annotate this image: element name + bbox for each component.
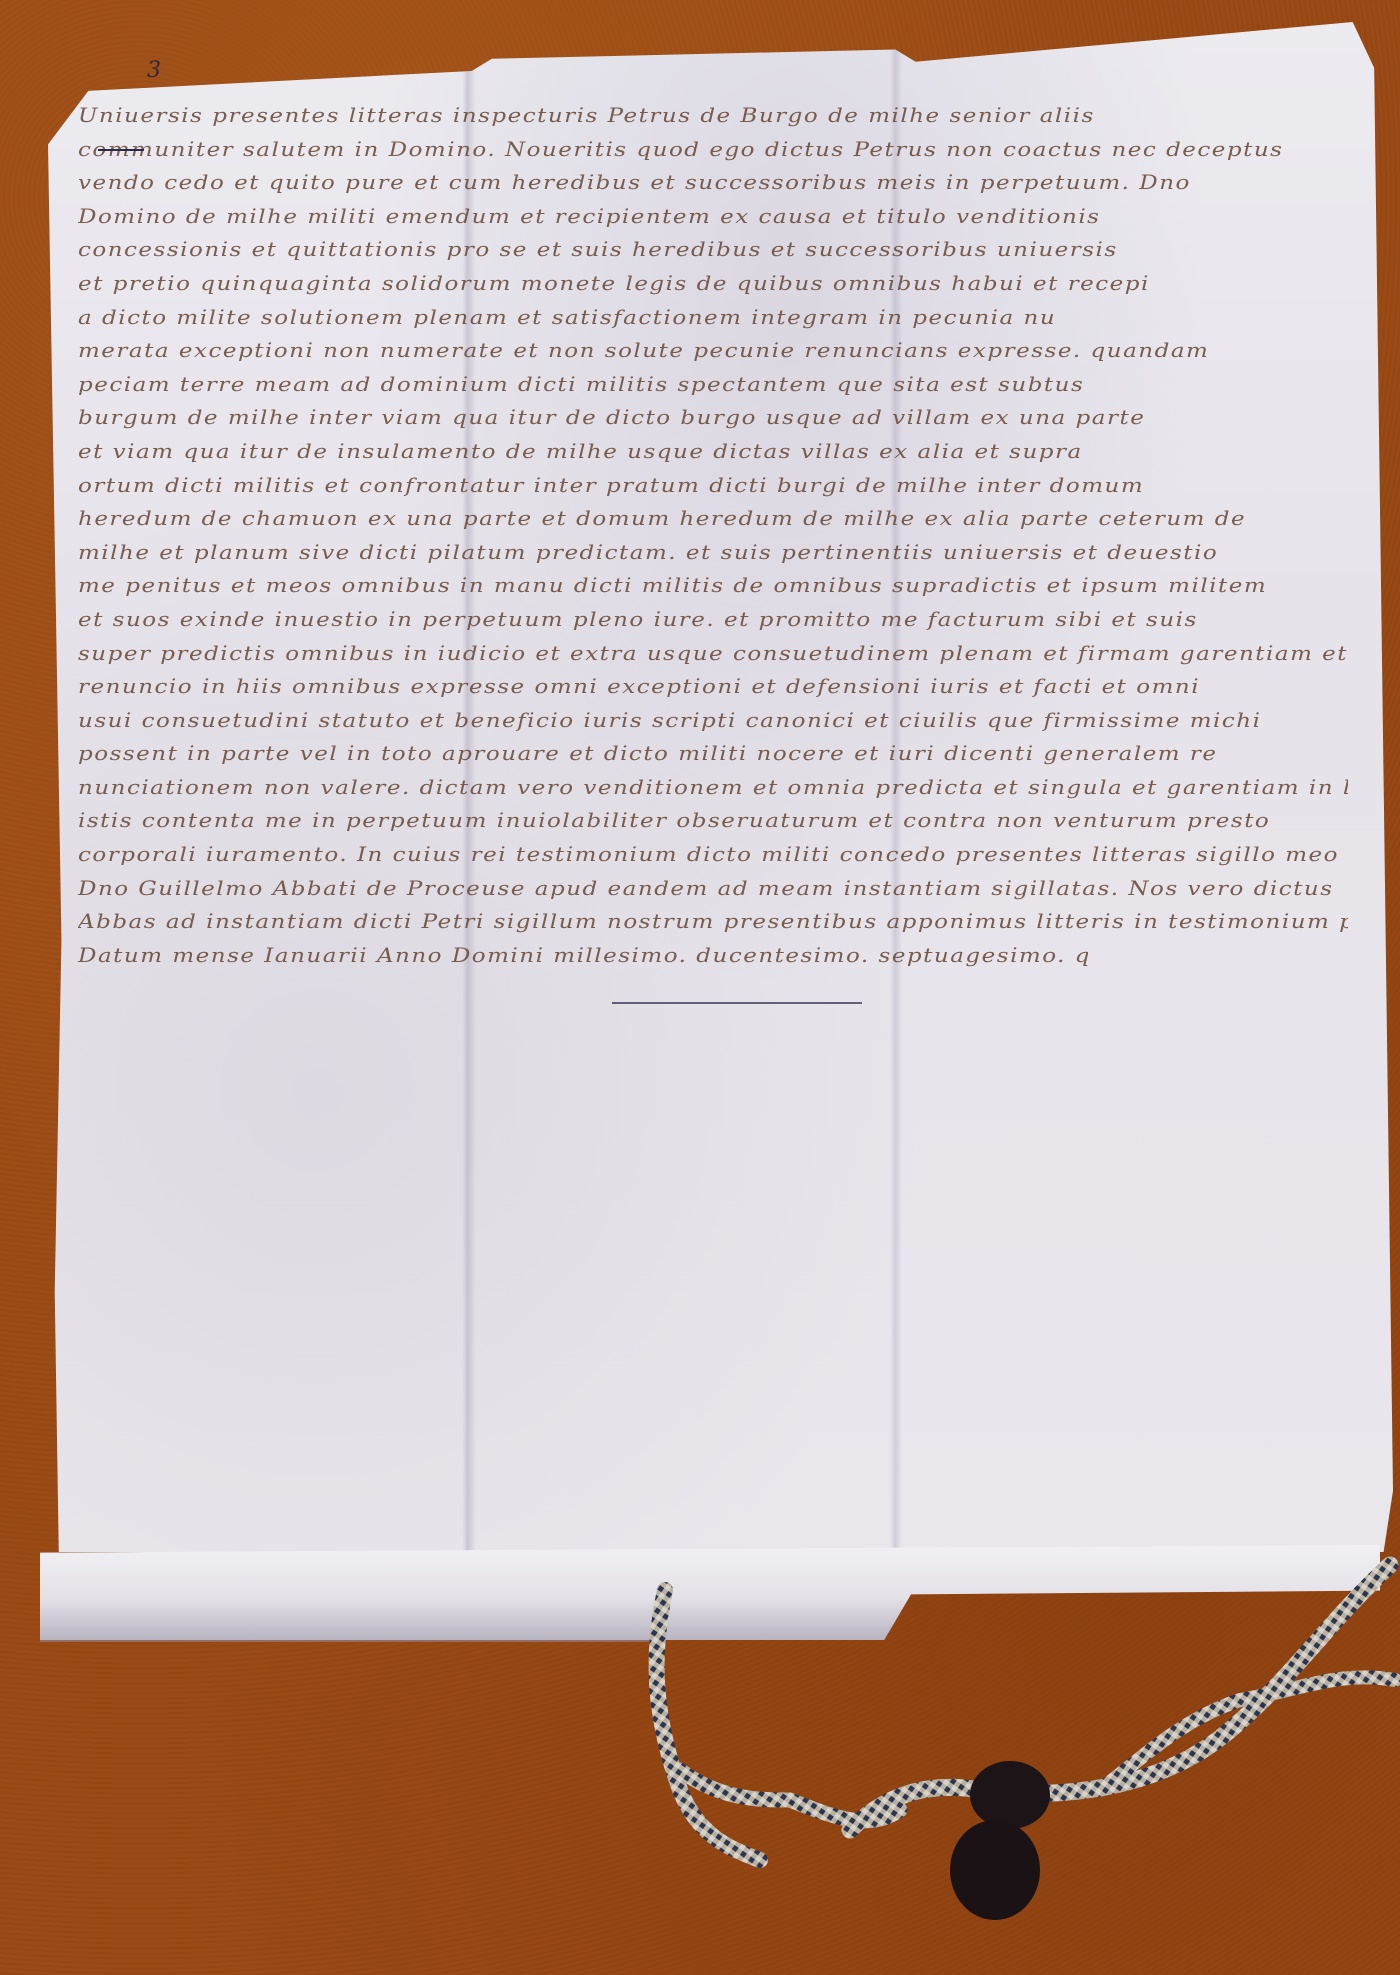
- cord-strand-loop: [680, 1770, 900, 1821]
- text-line: me penitus et meos omnibus in manu dicti…: [78, 573, 1348, 602]
- text-line: Domino de milhe militi emendum et recipi…: [78, 203, 1348, 232]
- wax-seal-icon: [950, 1820, 1040, 1920]
- text-line: vendo cedo et quito pure et cum heredibu…: [78, 170, 1348, 199]
- folio-number: 3: [147, 58, 161, 83]
- text-line: heredum de chamuon ex una parte et domum…: [78, 506, 1348, 535]
- text-line: milhe et planum sive dicti pilatum predi…: [78, 539, 1348, 568]
- text-line: possent in parte vel in toto aprouare et…: [78, 741, 1348, 770]
- text-line: peciam terre meam ad dominium dicti mili…: [78, 371, 1348, 400]
- text-line: burgum de milhe inter viam qua itur de d…: [78, 405, 1348, 434]
- text-line: corporali iuramento. In cuius rei testim…: [78, 842, 1348, 871]
- charter-photograph: 3 Uniuersis presentes litteras inspectur…: [0, 0, 1400, 1975]
- text-line: Dno Guillelmo Abbati de Proceuse apud ea…: [78, 875, 1348, 904]
- text-line: renuncio in hiis omnibus expresse omni e…: [78, 674, 1348, 703]
- text-line: concessionis et quittationis pro se et s…: [78, 237, 1348, 266]
- text-line: a dicto milite solutionem plenam et sati…: [78, 304, 1348, 333]
- cord-strand-right: [850, 1565, 1390, 1830]
- wax-seal-icon: [970, 1761, 1050, 1829]
- text-line: Uniuersis presentes litteras inspecturis…: [78, 103, 1348, 132]
- text-line: et suos exinde inuestio in perpetuum ple…: [78, 606, 1348, 635]
- text-line: nunciationem non valere. dictam vero ven…: [78, 774, 1348, 803]
- text-line: super predictis omnibus in iudicio et ex…: [78, 640, 1348, 669]
- charter-text: Uniuersis presentes litteras inspecturis…: [78, 100, 1348, 973]
- text-line: istis contenta me in perpetuum inuiolabi…: [78, 808, 1348, 837]
- ink-underline: [98, 149, 144, 151]
- text-line: merata exceptioni non numerate et non so…: [78, 338, 1348, 367]
- text-line: usui consuetudini statuto et beneficio i…: [78, 707, 1348, 736]
- plica-fold: [40, 1545, 1380, 1640]
- text-line-dating-clause: Datum mense Ianuarii Anno Domini millesi…: [78, 942, 1088, 971]
- text-line: et viam qua itur de insulamento de milhe…: [78, 438, 1348, 467]
- ink-underline: [612, 1002, 862, 1004]
- cord-strand-tail: [1100, 1677, 1395, 1790]
- text-line: et pretio quinquaginta solidorum monete …: [78, 270, 1348, 299]
- text-line: ortum dicti militis et confrontatur inte…: [78, 472, 1348, 501]
- text-line: Abbas ad instantiam dicti Petri sigillum…: [78, 909, 1348, 938]
- text-line: communiter salutem in Domino. Noueritis …: [78, 136, 1348, 165]
